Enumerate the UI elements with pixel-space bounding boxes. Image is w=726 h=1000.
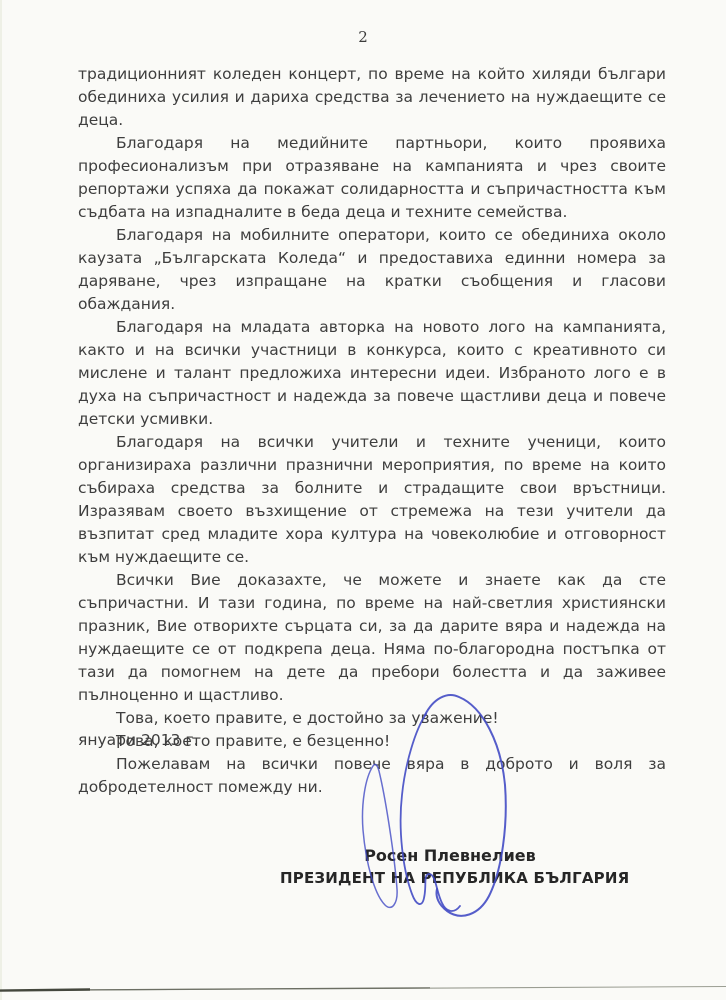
signatory-title: ПРЕЗИДЕНТ НА РЕПУБЛИКА БЪЛГАРИЯ xyxy=(280,867,620,889)
paragraph-media-partners: Благодаря на медийните партньори, които … xyxy=(78,132,666,224)
scan-bottom-edge xyxy=(0,975,726,1000)
paragraph-wish: Пожелавам на всички повече вяра в доброт… xyxy=(78,753,666,799)
page-number: 2 xyxy=(0,28,726,46)
signature-block: Росен Плевнелиев ПРЕЗИДЕНТ НА РЕПУБЛИКА … xyxy=(280,845,620,889)
date-line: януари 2013 г. xyxy=(78,731,198,749)
paragraph-teachers: Благодаря на всички учители и техните уч… xyxy=(78,431,666,569)
letter-body: традиционният коледен концерт, по време … xyxy=(78,63,666,799)
paragraph-logo-author: Благодаря на младата авторка на новото л… xyxy=(78,316,666,431)
paragraph-gratitude-all: Всички Вие доказахте, че можете и знаете… xyxy=(78,569,666,707)
paragraph-respect: Това, което правите, е достойно за уваже… xyxy=(78,707,666,730)
signatory-name: Росен Плевнелиев xyxy=(280,845,620,867)
scanned-letter-page: 2 традиционният коледен концерт, по врем… xyxy=(0,0,726,1000)
paragraph-continuation: традиционният коледен концерт, по време … xyxy=(78,63,666,132)
paragraph-mobile-operators: Благодаря на мобилните оператори, които … xyxy=(78,224,666,316)
